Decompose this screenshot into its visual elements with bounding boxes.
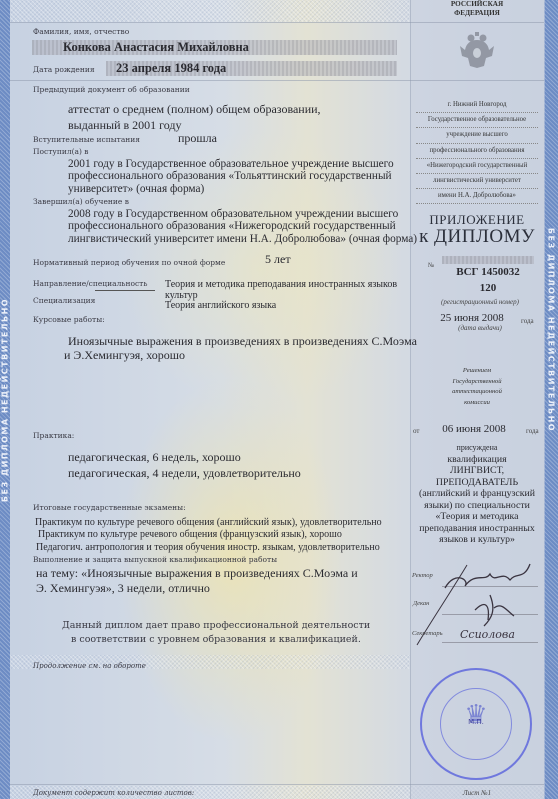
- top-band: [10, 0, 410, 22]
- enrolled-label: Поступил(а) в: [33, 147, 89, 156]
- rights-note-line2: в соответствии с уровнем образования и к…: [71, 634, 361, 645]
- secretary-label: Секретарь: [412, 630, 443, 637]
- strip-text-right: БЕЗ ДИПЛОМА НЕДЕЙСТВИТЕЛЬНО: [547, 228, 556, 432]
- institution-city: г. Нижний Новгород: [416, 98, 538, 113]
- number-sign: №: [428, 262, 434, 269]
- previous-education-label: Предыдущий документ об образовании: [33, 85, 190, 94]
- right-security-strip: БЕЗ ДИПЛОМА НЕДЕЙСТВИТЕЛЬНО: [544, 0, 558, 799]
- divider: [410, 80, 544, 81]
- registration-number: 120: [442, 282, 534, 294]
- appendix-subtitle: к ДИПЛОМУ: [410, 226, 544, 248]
- previous-education-line1: аттестат о среднем (полном) общем образо…: [68, 102, 321, 117]
- commission-block: Решением Государственной аттестационной …: [410, 366, 544, 408]
- practice-item: педагогическая, 6 недель, хорошо: [68, 450, 241, 465]
- birth-date-label: Дата рождения: [33, 65, 95, 74]
- qualification-block: присуждена квалификация ЛИНГВИСТ, ПРЕПОД…: [410, 442, 544, 546]
- coursework-label: Курсовые работы:: [33, 315, 105, 324]
- divider: [10, 22, 410, 23]
- divider: [410, 22, 544, 23]
- specialty-value-line1: Теория и методика преподавания иностранн…: [165, 279, 397, 290]
- coursework-line1: Иноязычные выражения в произведениях в п…: [68, 334, 417, 349]
- specialty-label: Направление/специальность: [33, 279, 147, 288]
- left-security-strip: БЕЗ ДИПЛОМА НЕДЕЙСТВИТЕЛЬНО: [0, 0, 10, 799]
- series-number: ВСГ 1450032: [442, 266, 534, 278]
- secretary-signature: Ссиолова: [460, 628, 515, 641]
- specialization-label: Специализация: [33, 296, 95, 305]
- study-period-value: 5 лет: [265, 252, 291, 267]
- final-exam-item: Педагогич. антропология и теория обучени…: [36, 542, 380, 553]
- dean-signature: [470, 590, 520, 630]
- secretary-signature-line: [442, 642, 538, 643]
- sheet-number: Лист №1: [410, 789, 544, 797]
- sheets-count-note: Документ содержит количество листов:: [33, 789, 194, 797]
- rights-note-line1: Данный диплом дает право профессионально…: [62, 620, 370, 631]
- previous-education-line2: выданный в 2001 году: [68, 118, 182, 133]
- entrance-exams-value: прошла: [178, 131, 217, 146]
- eagle-emblem-icon: [456, 30, 498, 70]
- country-name: РОССИЙСКАЯ ФЕДЕРАЦИЯ: [410, 0, 544, 18]
- commission-date: 06 июня 2008: [433, 423, 515, 435]
- registration-number-label: (регистрационный номер): [420, 298, 540, 306]
- commission-date-from: от: [413, 427, 419, 435]
- entrance-exams-label: Вступительные испытания: [33, 135, 140, 144]
- official-seal: ♛ М.П.: [420, 668, 532, 780]
- coursework-line2: и Э.Хемингуэя, хорошо: [64, 348, 185, 363]
- number-highlight: [442, 256, 534, 264]
- divider: [10, 784, 544, 785]
- specialization-value: Теория английского языка: [165, 300, 276, 311]
- final-exams-label: Итоговые государственные экзамены:: [33, 503, 186, 512]
- practice-item: педагогическая, 4 недели, удовлетворител…: [68, 466, 301, 481]
- continuation-note: Продолжение см. на обороте: [33, 662, 146, 670]
- birth-date: 23 апреля 1984 года: [116, 61, 226, 76]
- thesis-line2: Э. Хемингуэя», 3 недели, отлично: [36, 581, 210, 596]
- issue-date-suffix: года: [521, 317, 534, 325]
- final-exam-item: Практикум по культуре речевого общения (…: [38, 529, 342, 540]
- specialty-underline: [95, 290, 155, 291]
- diploma-supplement-page: БЕЗ ДИПЛОМА НЕДЕЙСТВИТЕЛЬНО БЕЗ ДИПЛОМА …: [0, 0, 558, 799]
- study-period-label: Нормативный период обучения по очной фор…: [33, 258, 225, 267]
- issue-date-label: (дата выдачи): [440, 324, 520, 332]
- commission-date-suffix: года: [526, 427, 539, 435]
- name-label: Фамилия, имя, отчество: [33, 27, 129, 36]
- seal-center-text: М.П.: [422, 718, 530, 726]
- final-exam-item: Практикум по культуре речевого общения (…: [35, 517, 382, 528]
- institution-block: г. Нижний Новгород Государственное образ…: [410, 98, 544, 204]
- student-name: Конкова Анастасия Михайловна: [63, 40, 249, 55]
- completed-text: 2008 году в Государственном образователь…: [68, 208, 417, 245]
- divider: [10, 80, 410, 81]
- issue-date: 25 июня 2008: [432, 312, 512, 324]
- thesis-line1: на тему: «Иноязычные выражения в произве…: [36, 566, 358, 581]
- practice-label: Практика:: [33, 431, 74, 440]
- strip-text-left: БЕЗ ДИПЛОМА НЕДЕЙСТВИТЕЛЬНО: [1, 298, 10, 502]
- thesis-label: Выполнение и защита выпускной квалификац…: [33, 555, 277, 564]
- completed-label: Завершил(а) обучение в: [33, 197, 129, 206]
- enrolled-text: 2001 году в Государственное образователь…: [68, 158, 394, 195]
